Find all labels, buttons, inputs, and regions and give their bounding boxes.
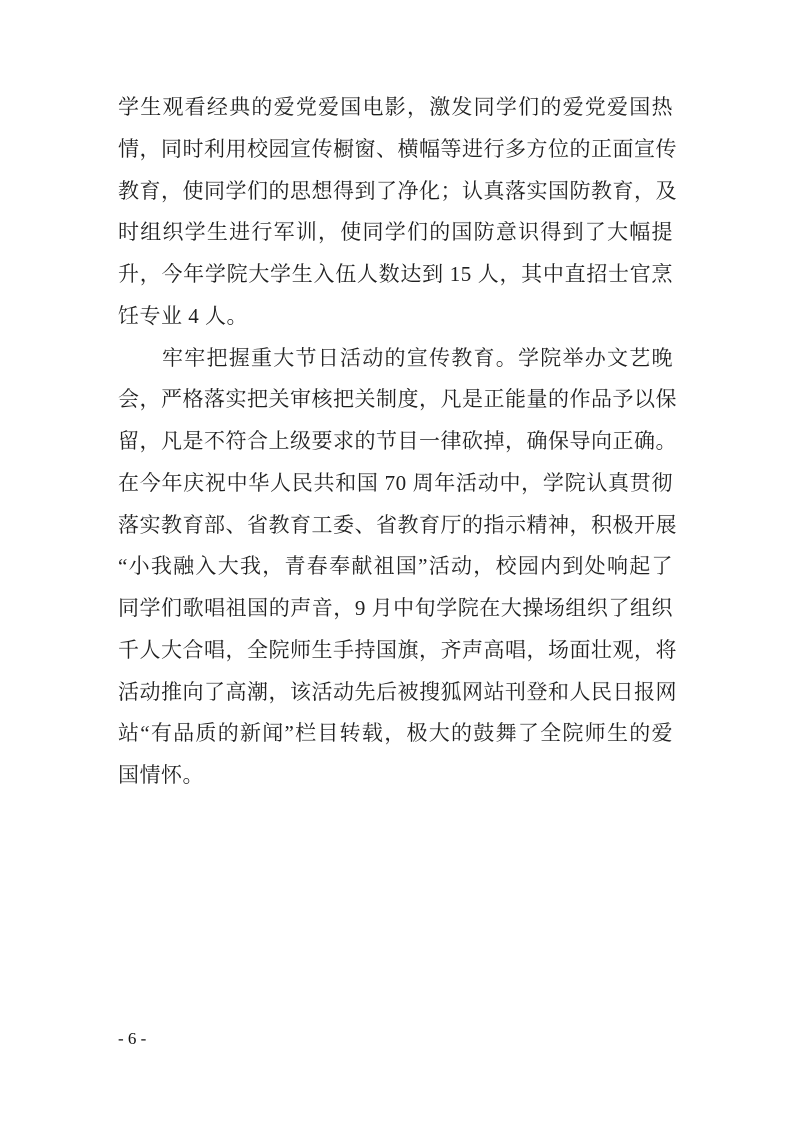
- text-line: 站“有品质的新闻”栏目转载，极大的鼓舞了全院师生的爱: [118, 713, 673, 755]
- text-line: 留，凡是不符合上级要求的节目一律砍掉，确保导向正确。: [118, 421, 673, 463]
- page-number: - 6 -: [118, 1028, 146, 1050]
- text-line: 千人大合唱，全院师生手持国旗，齐声高唱，场面壮观，将: [118, 630, 673, 672]
- text-line: 落实教育部、省教育工委、省教育厅的指示精神，积极开展: [118, 505, 673, 547]
- text-line: 时组织学生进行军训，使同学们的国防意识得到了大幅提: [118, 212, 673, 254]
- text-line: 情，同时利用校园宣传橱窗、横幅等进行多方位的正面宣传: [118, 129, 673, 171]
- document-body: 学生观看经典的爱党爱国电影，激发同学们的爱党爱国热情，同时利用校园宣传橱窗、横幅…: [118, 87, 673, 797]
- text-line: 会，严格落实把关审核把关制度，凡是正能量的作品予以保: [118, 379, 673, 421]
- text-line: 同学们歌唱祖国的声音，9 月中旬学院在大操场组织了组织: [118, 588, 673, 630]
- text-line: 饪专业 4 人。: [118, 296, 673, 338]
- text-line: 教育，使同学们的思想得到了净化；认真落实国防教育，及: [118, 171, 673, 213]
- paragraph: 学生观看经典的爱党爱国电影，激发同学们的爱党爱国热情，同时利用校园宣传橱窗、横幅…: [118, 87, 673, 338]
- text-line: 国情怀。: [118, 755, 673, 797]
- text-line: 在今年庆祝中华人民共和国 70 周年活动中，学院认真贯彻: [118, 463, 673, 505]
- text-line: 牢牢把握重大节日活动的宣传教育。学院举办文艺晚: [118, 338, 673, 380]
- text-line: 学生观看经典的爱党爱国电影，激发同学们的爱党爱国热: [118, 87, 673, 129]
- text-line: “小我融入大我，青春奉献祖国”活动，校园内到处响起了: [118, 546, 673, 588]
- document-page: 学生观看经典的爱党爱国电影，激发同学们的爱党爱国热情，同时利用校园宣传橱窗、横幅…: [0, 0, 793, 1123]
- text-line: 活动推向了高潮，该活动先后被搜狐网站刊登和人民日报网: [118, 672, 673, 714]
- text-line: 升，今年学院大学生入伍人数达到 15 人，其中直招士官烹: [118, 254, 673, 296]
- paragraph: 牢牢把握重大节日活动的宣传教育。学院举办文艺晚会，严格落实把关审核把关制度，凡是…: [118, 338, 673, 797]
